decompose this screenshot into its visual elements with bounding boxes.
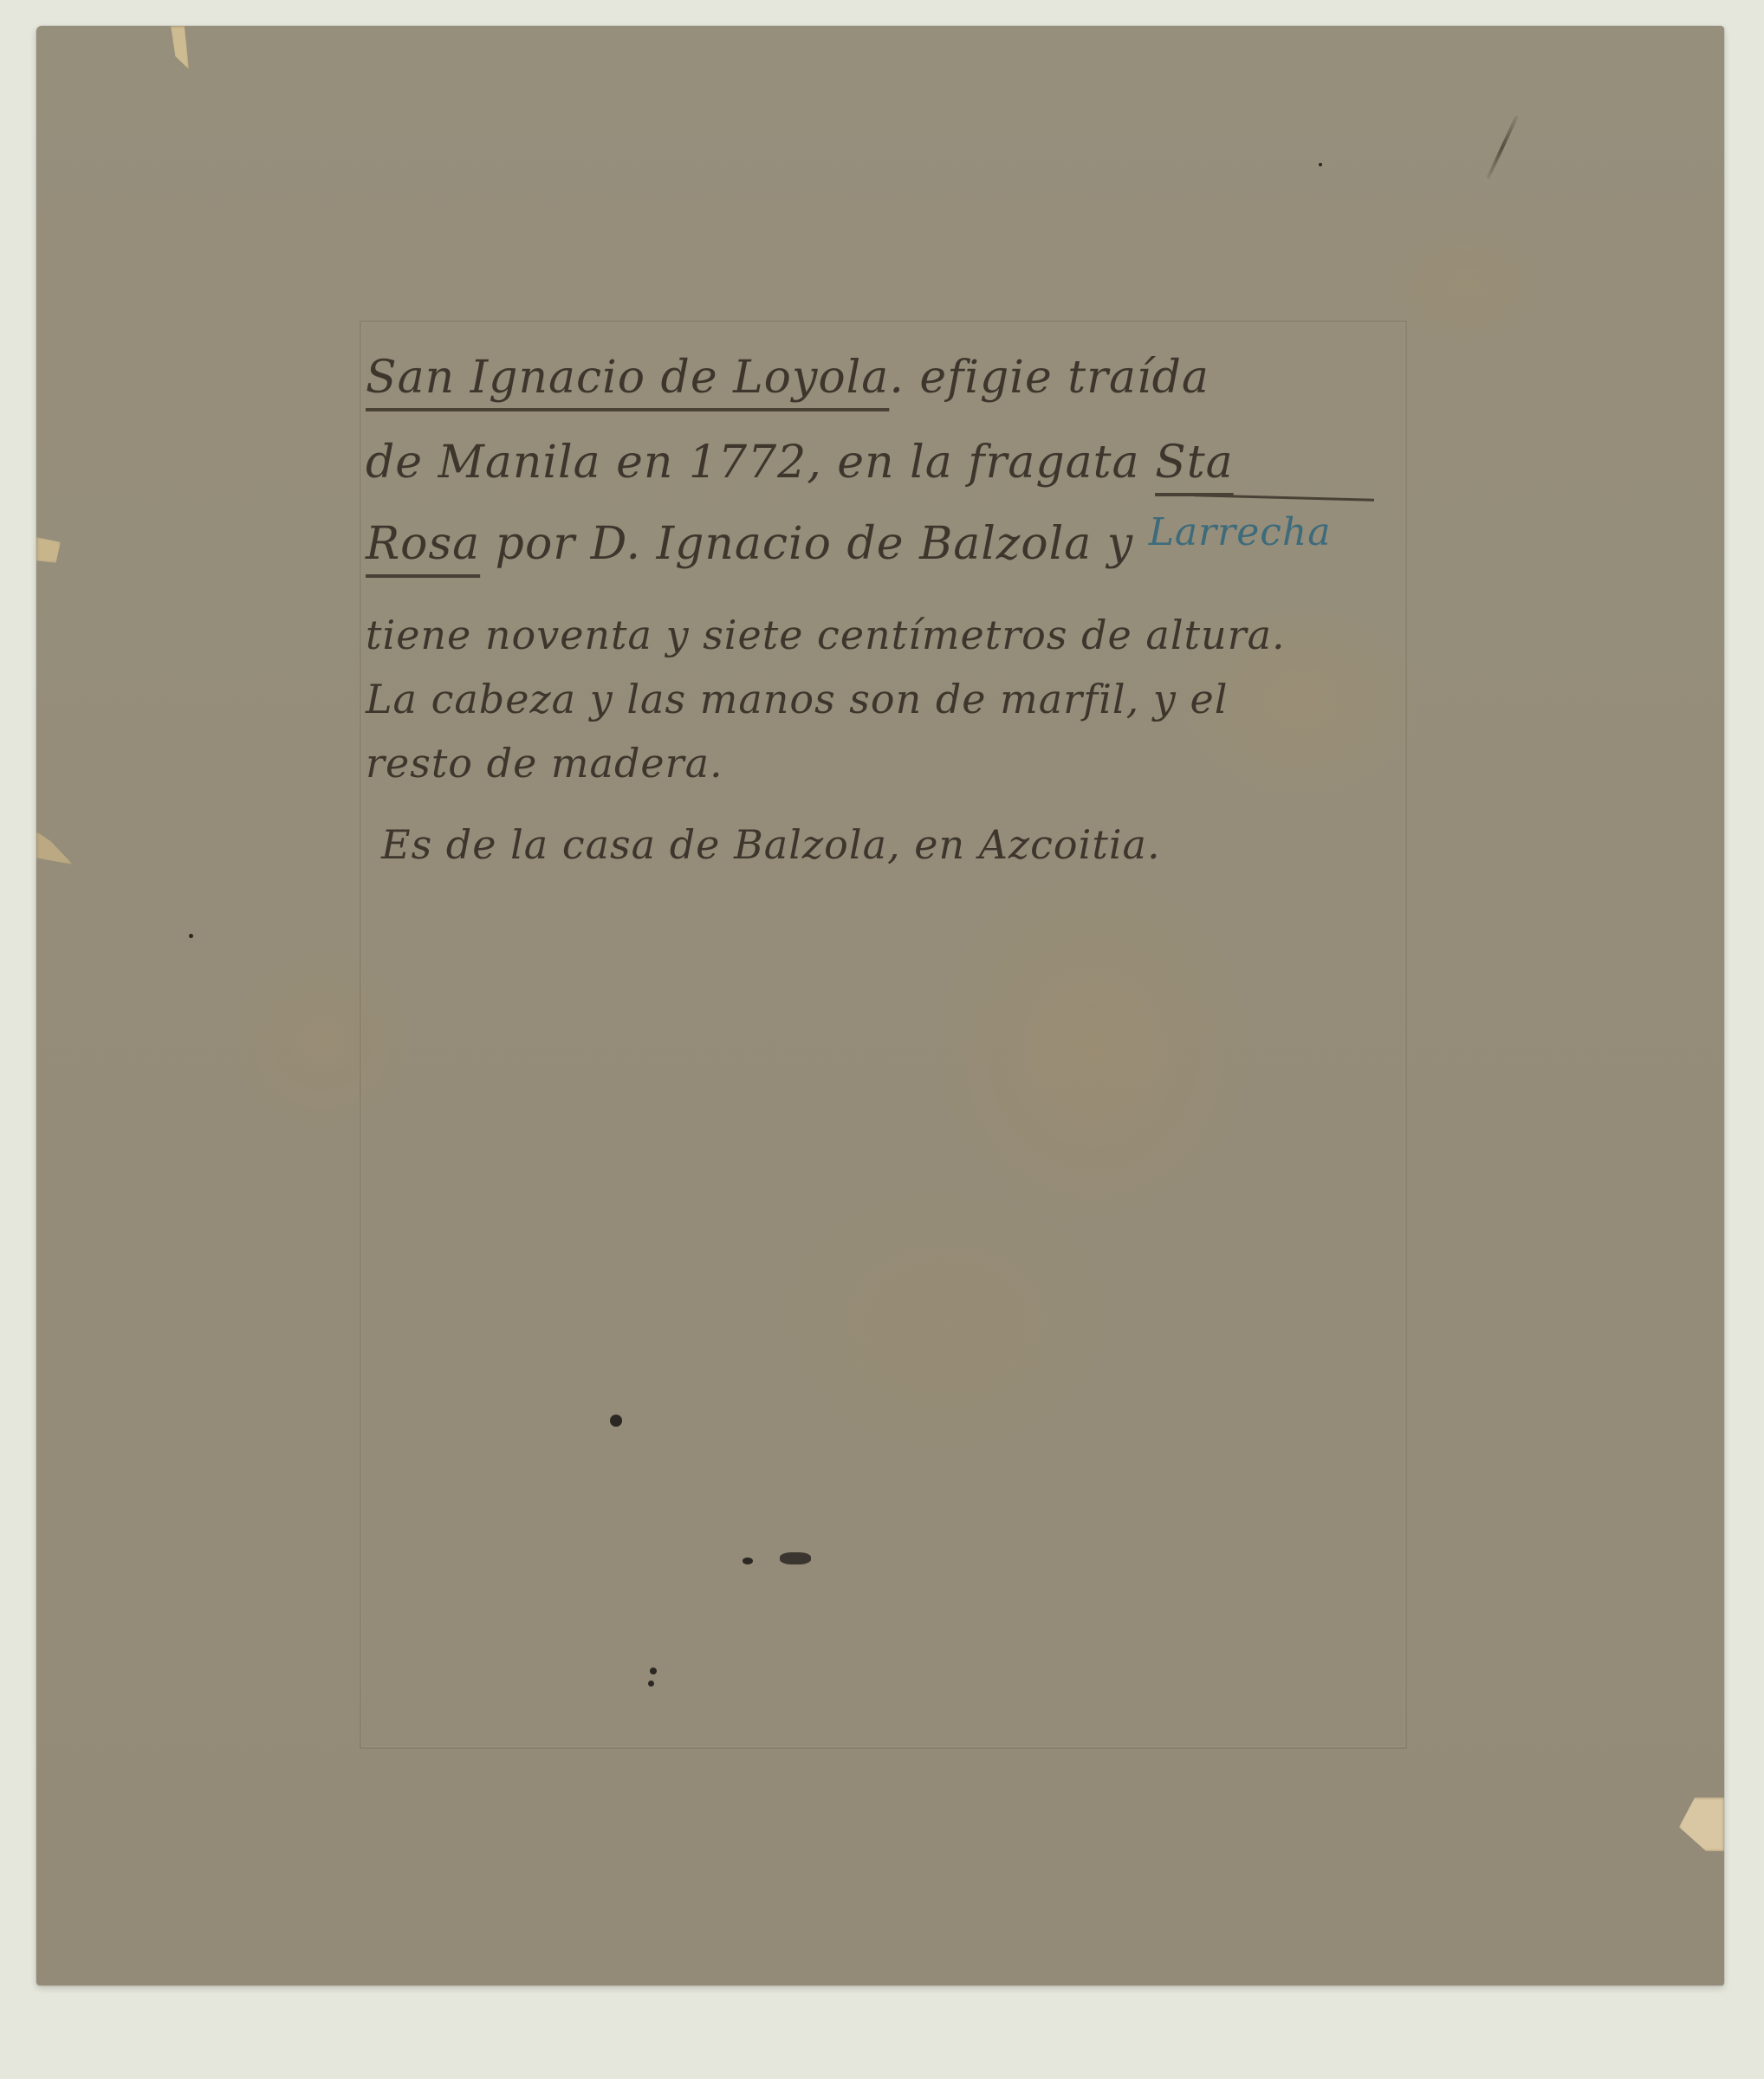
ink-spot <box>648 1681 654 1687</box>
inscription-line-3: Rosa por D. Ignacio de Balzola y Larrech… <box>366 521 1431 603</box>
line-2-underlined: Sta <box>1155 437 1234 489</box>
ink-spot <box>650 1668 657 1674</box>
inscription-line-4: tiene noventa y siete centímetros de alt… <box>366 615 1431 679</box>
title-underlined: San Ignacio de Loyola <box>366 352 889 404</box>
inscription-line-5: La cabeza y las manos son de marfil, y e… <box>366 679 1431 743</box>
line-3-text: por D. Ignacio de Balzola y <box>480 518 1149 570</box>
pencil-stroke <box>1486 115 1518 179</box>
inscription-line-1: San Ignacio de Loyola. efigie traída <box>366 355 1431 437</box>
blue-ink-addition: Larrecha <box>1149 510 1332 554</box>
line-1-rest: . efigie traída <box>889 352 1210 404</box>
ink-spot <box>780 1552 811 1564</box>
ink-spot <box>610 1415 622 1427</box>
torn-edge-left-lower <box>36 832 73 865</box>
scan-background: San Ignacio de Loyola. efigie traída de … <box>0 0 1764 2079</box>
inscription-line-7: Es de la casa de Balzola, en Azcoitia. <box>366 825 1431 885</box>
torn-corner-bottom-right <box>1679 1797 1724 1851</box>
line-2-text: de Manila en 1772, en la fragata <box>366 437 1155 489</box>
ink-spot <box>743 1558 753 1564</box>
paper-sheet: San Ignacio de Loyola. efigie traída de … <box>36 26 1724 1985</box>
line-3-underlined: Rosa <box>366 518 480 570</box>
torn-edge-left-upper <box>36 537 61 563</box>
torn-edge-top-left <box>166 26 189 69</box>
handwritten-inscription: San Ignacio de Loyola. efigie traída de … <box>366 355 1431 885</box>
ink-spot <box>1319 163 1322 166</box>
inscription-line-6: resto de madera. <box>366 743 1431 807</box>
ink-spot <box>189 934 193 938</box>
inscription-line-2: de Manila en 1772, en la fragata Sta <box>366 440 1431 521</box>
